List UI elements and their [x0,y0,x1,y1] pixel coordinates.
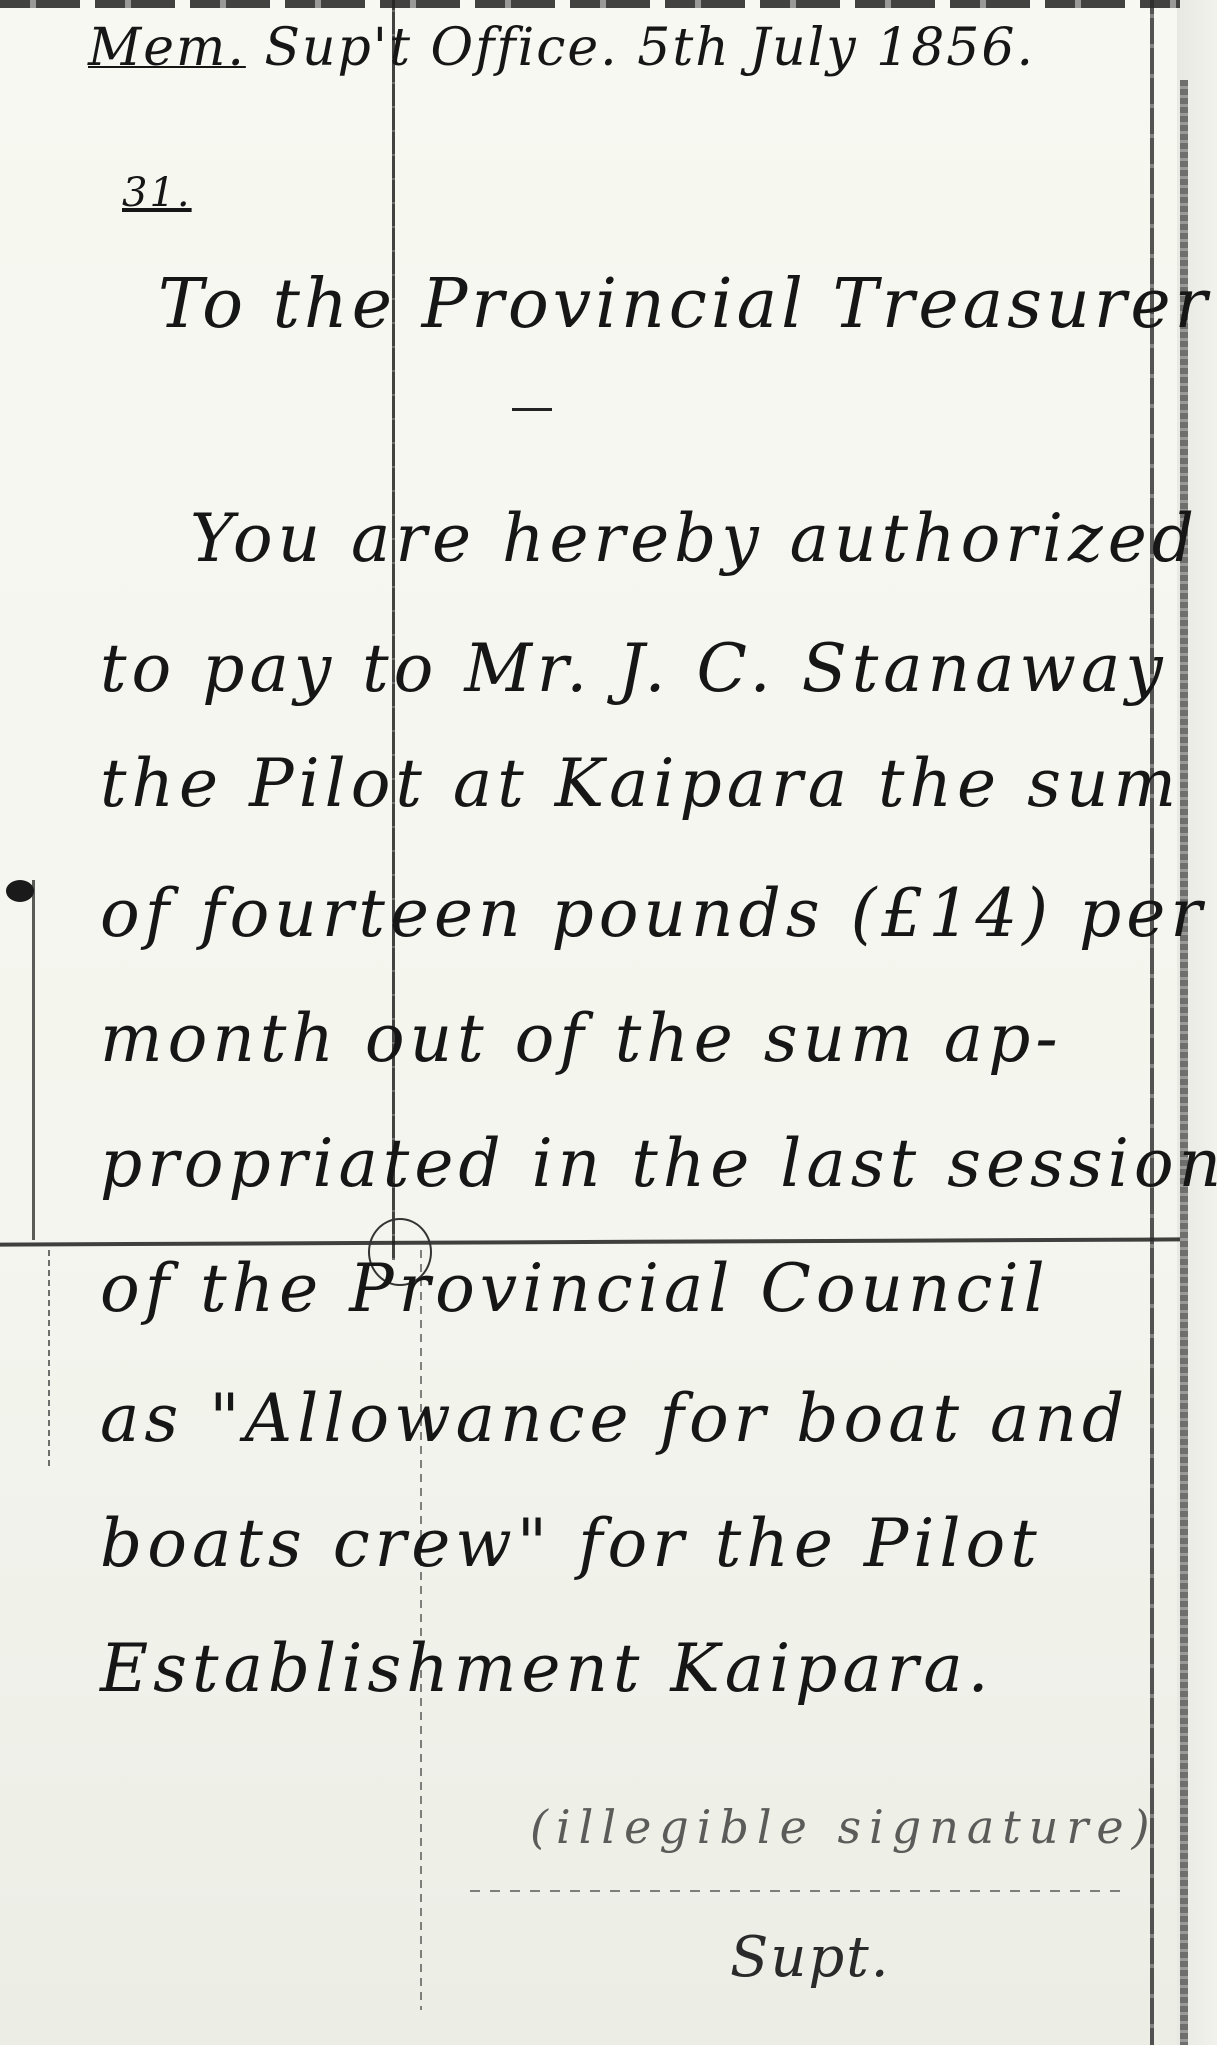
body-line: the Pilot at Kaipara the sum [100,745,1181,822]
torn-top-edge [0,0,1180,8]
office-name: Sup't Office. [264,18,618,78]
body-line: as "Allowance for boat and [100,1380,1129,1457]
body-line: of the Provincial Council [100,1250,1050,1327]
left-margin-line [32,880,35,1240]
body-line: You are hereby authorized [190,500,1199,577]
reference-number: 31. [122,170,192,216]
body-line: to pay to Mr. J. C. Stanaway [100,630,1168,707]
body-line: propriated in the last session [100,1125,1217,1202]
left-margin-line-lower [48,1250,50,1470]
signature-line [470,1890,1120,1892]
body-line: month out of the sum ap- [100,1000,1063,1077]
salutation: To the Provincial Treasurer [158,265,1211,344]
body-line: boats crew" for the Pilot [100,1505,1042,1582]
letter-header: Mem. Sup't Office. 5th July 1856. [88,18,1035,78]
letter-date: 5th July 1856. [637,18,1035,78]
body-line: Establishment Kaipara. [100,1630,994,1707]
body-line: of fourteen pounds (£14) per [100,875,1207,952]
memo-prefix: Mem. [88,18,246,78]
signature-title: Supt. [730,1925,891,1990]
signature: (illegible signature) [530,1800,1158,1854]
ink-blot-mark [6,880,34,902]
separator-dash [512,408,552,411]
right-scan-border [1180,80,1188,2045]
